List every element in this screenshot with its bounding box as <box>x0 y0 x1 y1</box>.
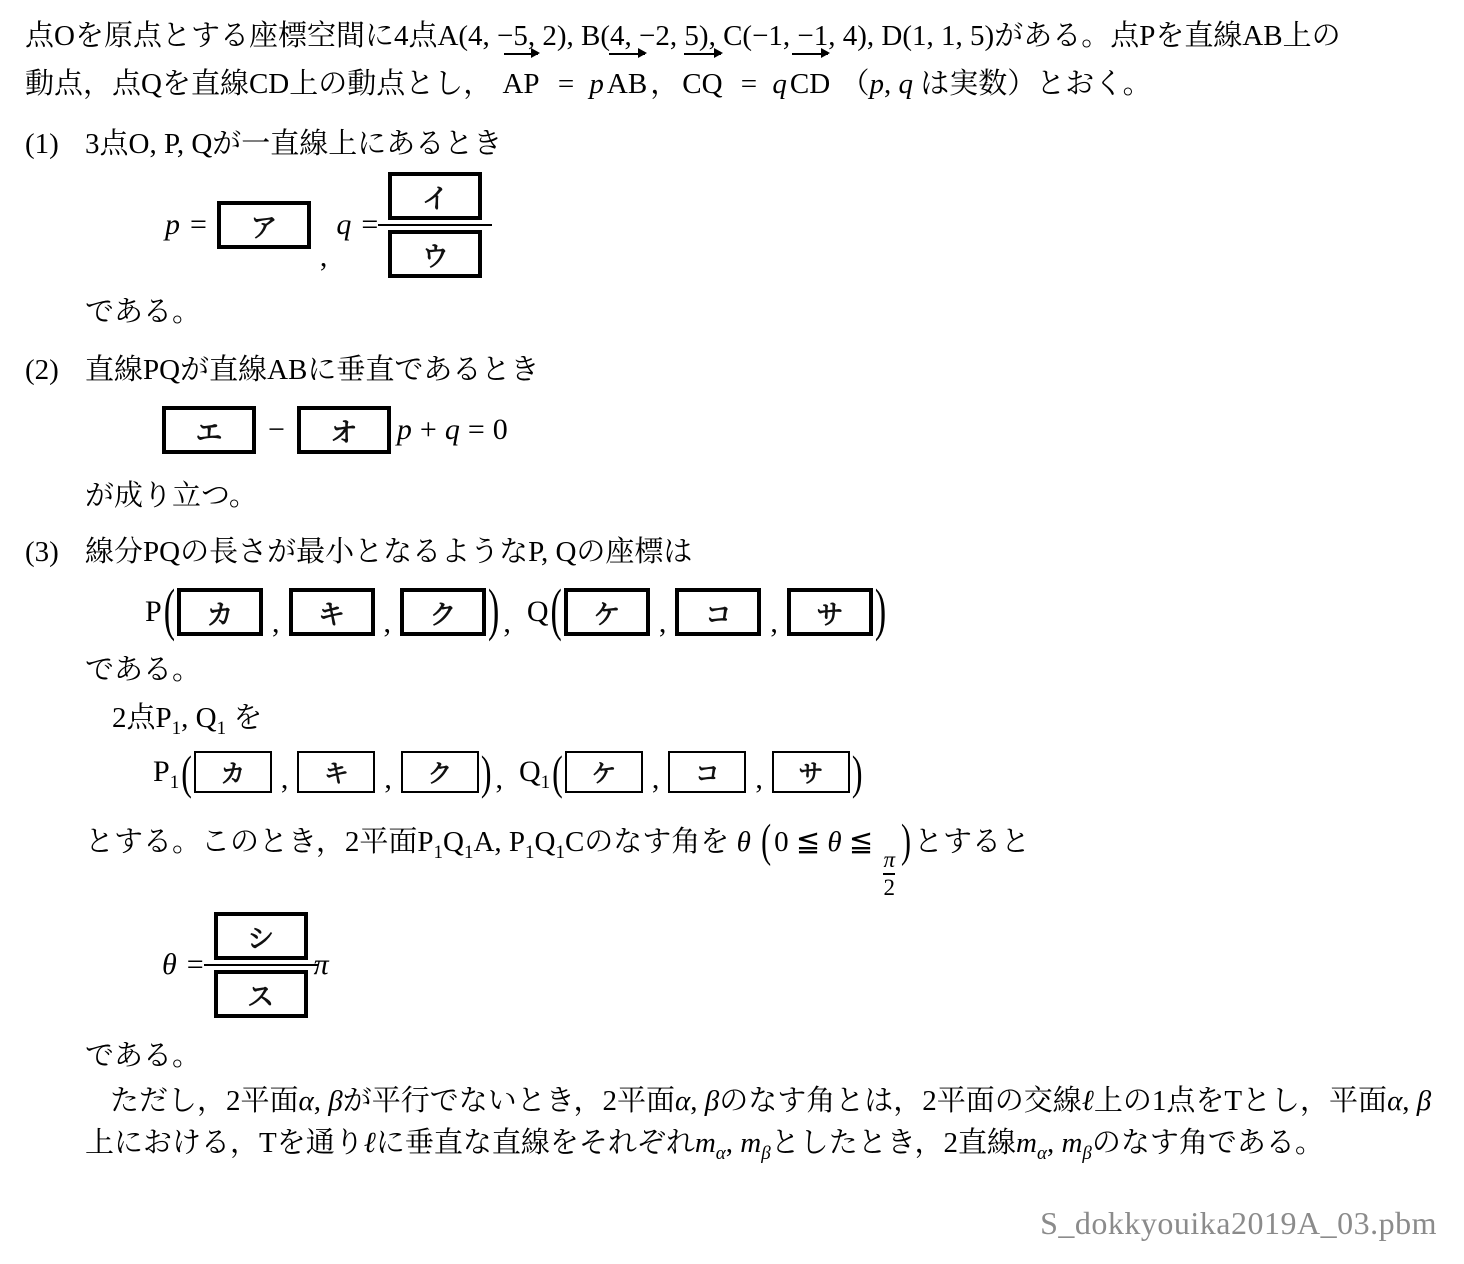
answer-box-ki: キ <box>289 588 375 636</box>
subscript-1: 1 <box>464 842 474 863</box>
big-paren-close: ) <box>852 748 863 796</box>
var-pi: π <box>883 848 895 872</box>
item-1-formula: p = ア , q = イ ウ <box>165 172 1439 278</box>
var-m: m <box>1016 1127 1037 1159</box>
answer-box-i: イ <box>388 172 482 220</box>
comma: , <box>272 606 280 640</box>
comma: , <box>314 1085 329 1117</box>
text: とすると <box>914 826 1030 858</box>
comma: , <box>320 240 328 274</box>
item-1-heading-row: (1) 3点O, P, Qが一直線上にあるとき <box>25 124 1439 164</box>
fraction-shi-over-su: シ ス <box>214 912 308 1018</box>
text: 上の1点をTとし，平面 <box>1094 1085 1387 1117</box>
equals-sign: = <box>558 68 574 100</box>
subscript-beta: β <box>1082 1143 1091 1164</box>
text: を <box>226 702 262 734</box>
comma: , <box>659 606 667 640</box>
text: Q <box>535 826 556 858</box>
intro-line2-text: 動点，点Qを直線CD上の動点とし， <box>25 68 492 100</box>
item-3-heading-row: (3) 線分PQの長さが最小となるようなP, Qの座標は <box>25 532 1439 572</box>
comma: , <box>496 762 504 796</box>
item-3-closing-1: である。 <box>85 650 1439 690</box>
paren-close: ) <box>901 819 911 866</box>
equals-sign: = <box>468 413 485 447</box>
item-3-theta-formula: θ = シ ス π <box>162 912 1439 1018</box>
var-theta: θ <box>162 948 177 982</box>
comma: , <box>770 606 778 640</box>
var-p: p <box>869 68 884 100</box>
fraction-bar <box>378 224 492 226</box>
comma: , <box>384 762 392 796</box>
item-1-closing: である。 <box>85 292 1439 332</box>
subscript-1: 1 <box>433 842 443 863</box>
comma: , <box>281 762 289 796</box>
leq-sign: ≦ <box>789 826 828 858</box>
var-q: q <box>898 68 913 100</box>
point-p-label: P <box>145 595 162 629</box>
answer-box-ka: カ <box>177 588 263 636</box>
var-pi: π <box>314 948 329 982</box>
item-3-closing-2: である。 <box>85 1036 1439 1076</box>
text: A, P <box>473 826 525 858</box>
comma: , <box>755 762 763 796</box>
var-p: p <box>589 68 604 100</box>
item-2-closing: が成り立つ。 <box>85 476 1439 516</box>
var-beta: β <box>1417 1085 1431 1117</box>
var-q: q <box>772 68 787 100</box>
answer-box-ku-2: ク <box>401 751 479 793</box>
text: 2点P <box>112 702 172 734</box>
var-alpha: α <box>716 1143 726 1164</box>
comma: , <box>384 606 392 640</box>
subscript-alpha: α <box>716 1143 726 1164</box>
equals-sign: = <box>187 948 204 982</box>
page-footer-filename: S_dokkyouika2019A_03.pbm <box>1040 1205 1437 1242</box>
fraction-bar <box>204 964 318 966</box>
subscript-1: 1 <box>170 772 180 793</box>
comma: , <box>1047 1127 1062 1159</box>
item-1-heading: 3点O, P, Qが一直線上にあるとき <box>85 124 502 164</box>
item-1-label: (1) <box>25 124 85 164</box>
line-m-alpha-label: mα <box>1016 1122 1047 1164</box>
comma: , <box>652 762 660 796</box>
subscript-1: 1 <box>172 718 182 739</box>
fraction-i-over-u: イ ウ <box>388 172 482 278</box>
vector-cd: CD <box>790 60 830 108</box>
var-alpha: α <box>675 1085 690 1117</box>
answer-box-ke: ケ <box>564 588 650 636</box>
subscript-1: 1 <box>555 842 565 863</box>
comma: ， <box>650 68 679 100</box>
var-theta: θ <box>737 826 751 858</box>
big-paren-open: ( <box>552 748 563 796</box>
vector-cq: CQ <box>682 60 722 108</box>
vector-cq-label: CQ <box>682 68 722 100</box>
var-m: m <box>1061 1127 1082 1159</box>
comma: , <box>503 606 511 640</box>
exam-page: 点Oを原点とする座標空間に4点A(4, −5, 2), B(4, −2, 5),… <box>0 0 1464 1264</box>
var-alpha: α <box>1387 1085 1402 1117</box>
equals-sign: = <box>361 208 378 242</box>
item-2-heading-row: (2) 直線PQが直線ABに垂直であるとき <box>25 350 1439 390</box>
item-2-label: (2) <box>25 350 85 390</box>
line-m-beta-label: mβ <box>1061 1122 1091 1164</box>
answer-box-sa-2: サ <box>772 751 850 793</box>
big-paren-close: ) <box>488 583 499 641</box>
var-q: q <box>445 413 460 447</box>
var-m: m <box>740 1127 761 1159</box>
vector-ab: AB <box>607 60 647 108</box>
answer-box-ku: ク <box>400 588 486 636</box>
comma: , <box>726 1127 741 1159</box>
line-m-beta-label: mβ <box>740 1122 770 1164</box>
item-2-formula: エ − オ p + q = 0 <box>162 406 1439 454</box>
var-alpha: α <box>299 1085 314 1117</box>
intro-line-2: 動点，点Qを直線CD上の動点とし， AP = pAB，CQ = qCD （p, … <box>25 60 1439 108</box>
leq-sign: ≦ <box>842 826 881 858</box>
paren-open: （ <box>840 68 869 100</box>
text: とする。このとき，2平面P <box>85 826 433 858</box>
text: のなす角である。 <box>1092 1127 1324 1159</box>
equals-sign: = <box>190 208 207 242</box>
subscript-beta: β <box>761 1143 770 1164</box>
var-beta: β <box>1082 1143 1091 1164</box>
number-2: 2 <box>883 876 895 900</box>
text: , Q <box>181 702 216 734</box>
point-p-label: P <box>153 755 170 788</box>
answer-box-ko-2: コ <box>668 751 746 793</box>
point-p1-label: P1 <box>153 755 179 789</box>
comma: , <box>884 68 899 100</box>
var-theta: θ <box>827 826 841 858</box>
big-paren-close: ) <box>875 583 886 641</box>
var-p: p <box>397 413 412 447</box>
plus-sign: + <box>420 413 437 447</box>
var-m: m <box>695 1127 716 1159</box>
item-3-label: (3) <box>25 532 85 572</box>
zero: 0 <box>774 826 789 858</box>
text: のなす角とは，2平面の交線 <box>719 1085 1082 1117</box>
vector-ap-label: AP <box>502 68 539 100</box>
point-q-label: Q <box>519 755 541 788</box>
item-3-heading: 線分PQの長さが最小となるようなP, Qの座標は <box>85 532 692 572</box>
item-3-pq-formula: P ( カ , キ , ク ) , Q ( ケ , コ , サ ) <box>145 580 1439 644</box>
comma: , <box>690 1085 705 1117</box>
line-m-alpha-label: mα <box>695 1122 726 1164</box>
var-q: q <box>336 208 351 242</box>
var-p: p <box>165 208 180 242</box>
answer-box-sa: サ <box>787 588 873 636</box>
equals-sign: = <box>741 68 757 100</box>
note-line-2: 上における，Tを通りℓに垂直な直線をそれぞれmα, mβとしたとき，2直線mα,… <box>85 1122 1439 1164</box>
text: 上における，Tを通り <box>85 1127 364 1159</box>
text: としたとき，2直線 <box>771 1127 1016 1159</box>
text: Q <box>443 826 464 858</box>
paren-open: ( <box>761 819 771 866</box>
big-paren-open: ( <box>181 748 192 796</box>
text: ただし，2平面 <box>110 1085 299 1117</box>
var-ell: ℓ <box>1082 1085 1094 1117</box>
point-q-label: Q <box>527 595 549 629</box>
answer-box-ko: コ <box>675 588 761 636</box>
text: が平行でないとき，2平面 <box>343 1085 675 1117</box>
item-3-p1q1-intro: 2点P1, Q1 を <box>112 698 1439 738</box>
item-2-heading: 直線PQが直線ABに垂直であるとき <box>85 350 539 390</box>
answer-box-u: ウ <box>388 230 482 278</box>
item-3-angle-line: とする。このとき，2平面P1Q1A, P1Q1Cのなす角を θ (0 ≦ θ ≦… <box>85 814 1439 900</box>
subscript-1: 1 <box>541 772 551 793</box>
subscript-1: 1 <box>217 718 227 739</box>
item-3-p1q1-formula: P1 ( カ , キ , ク ) , Q1 ( ケ , コ , サ ) <box>153 744 1439 800</box>
point-q1-label: Q1 <box>519 755 550 789</box>
answer-box-e: エ <box>162 406 256 454</box>
answer-box-ka-2: カ <box>194 751 272 793</box>
intro-line2-tail: は実数）とおく。 <box>913 68 1152 100</box>
text: に垂直な直線をそれぞれ <box>376 1127 695 1159</box>
var-beta: β <box>705 1085 719 1117</box>
answer-box-shi: シ <box>214 912 308 960</box>
text: Cのなす角を <box>565 826 729 858</box>
var-beta: β <box>328 1085 342 1117</box>
answer-box-ke-2: ケ <box>565 751 643 793</box>
answer-box-su: ス <box>214 970 308 1018</box>
subscript-alpha: α <box>1037 1143 1047 1164</box>
vector-ab-label: AB <box>607 68 647 100</box>
answer-box-ki-2: キ <box>297 751 375 793</box>
note-line-1: ただし，2平面α, βが平行でないとき，2平面α, βのなす角とは，2平面の交線… <box>110 1080 1439 1122</box>
intro-line-1: 点Oを原点とする座標空間に4点A(4, −5, 2), B(4, −2, 5),… <box>25 12 1439 60</box>
zero: 0 <box>493 413 508 447</box>
var-alpha: α <box>1037 1143 1047 1164</box>
big-paren-open: ( <box>164 583 175 641</box>
fraction-pi-over-2: π2 <box>883 848 895 900</box>
minus-sign: − <box>268 413 285 447</box>
vector-cd-label: CD <box>790 68 830 100</box>
big-paren-open: ( <box>551 583 562 641</box>
var-beta: β <box>761 1143 770 1164</box>
vector-ap: AP <box>502 60 539 108</box>
comma: , <box>1402 1085 1417 1117</box>
answer-box-o: オ <box>297 406 391 454</box>
var-ell: ℓ <box>364 1127 376 1159</box>
subscript-1: 1 <box>525 842 535 863</box>
big-paren-close: ) <box>481 748 492 796</box>
answer-box-a: ア <box>217 201 311 249</box>
